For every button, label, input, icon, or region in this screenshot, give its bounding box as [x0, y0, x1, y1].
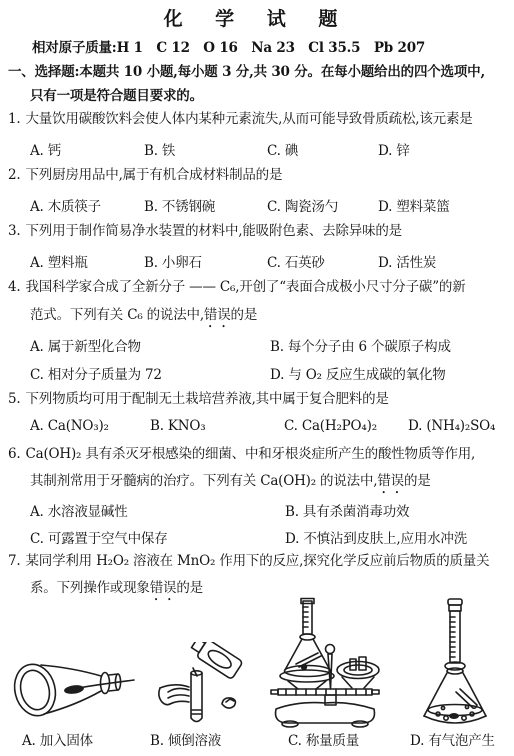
q2-option-b: B. 不锈钢碗: [144, 195, 267, 215]
question-2-stem: 2.下列厨房用品中,属于有机合成材料制品的是: [8, 167, 282, 184]
question-2-number: 2.: [8, 167, 20, 184]
hand-pouring-bottle-icon: [142, 642, 254, 727]
question-1-text: 大量饮用碳酸饮料会使人体内某种元素流失,从而可能导致骨质疏松,该元素是: [25, 111, 472, 127]
q1-option-b: B. 铁: [144, 139, 267, 159]
q1-option-d: D. 锌: [378, 139, 508, 159]
question-4-text-2: 范式。下列有关 C₆ 的说法中,: [30, 307, 204, 323]
question-5-text: 下列物质均可用于配制无土栽培营养液,其中属于复合肥料的是: [25, 391, 388, 407]
question-6-number: 6.: [8, 446, 20, 463]
question-6-text-2: 其制剂常用于牙髓病的治疗。下列有关 Ca(OH)₂ 的说法中,: [30, 473, 377, 489]
question-3-text: 下列用于制作简易净水装置的材料中,能吸附色素、去除异味的是: [25, 223, 402, 239]
question-2-options: A. 木质筷子 B. 不锈钢碗 C. 陶瓷汤勺 D. 塑料菜篮: [30, 195, 508, 215]
question-3-stem: 3.下列用于制作简易净水装置的材料中,能吸附色素、去除异味的是: [8, 223, 402, 240]
question-6-emphasized-word: 错误: [377, 473, 404, 489]
tilted-flask-with-spatula-icon: [8, 640, 138, 725]
exam-paper-page: 化 学 试 题 相对原子质量:H 1 C 12 O 16 Na 23 Cl 35…: [0, 0, 514, 756]
question-7-stem-line-1: 7.某同学利用 H₂O₂ 溶液在 MnO₂ 作用下的反应,探究化学反应前后物质的…: [8, 553, 489, 570]
q3-option-d: D. 活性炭: [378, 251, 508, 271]
question-6-stem-line-1: 6.Ca(OH)₂ 具有杀灭牙根感染的细菌、中和牙根炎症所产生的酸性物质等作用,: [8, 446, 475, 463]
question-4-stem-line-1: 4.我国科学家合成了全新分子 —— C₆,开创了“表面合成极小尺寸分子碳”的新: [8, 279, 466, 296]
question-4-number: 4.: [8, 279, 20, 296]
question-1-number: 1.: [8, 111, 20, 128]
pour-solution-figure: [142, 642, 254, 727]
question-4-options-row-1: A. 属于新型化合物 B. 每个分子由 6 个碳原子构成: [30, 335, 508, 355]
question-7-number: 7.: [8, 553, 20, 570]
q6-option-a: A. 水溶液显碱性: [30, 500, 285, 520]
balance-scale-icon: [266, 597, 384, 730]
question-7-text-2: 系。下列操作或现象: [30, 580, 150, 596]
q4-option-c: C. 相对分子质量为 72: [30, 363, 270, 383]
q6-option-d: D. 不慎沾到皮肤上,应用水冲洗: [285, 527, 508, 547]
question-4-stem-line-2: 范式。下列有关 C₆ 的说法中,错误的是: [30, 307, 257, 331]
question-5-number: 5.: [8, 391, 20, 408]
question-1-stem: 1.大量饮用碳酸饮料会使人体内某种元素流失,从而可能导致骨质疏松,该元素是: [8, 111, 473, 128]
question-4-emphasized-word: 错误: [204, 307, 231, 323]
q3-option-a: A. 塑料瓶: [30, 251, 144, 271]
question-6-stem-line-2: 其制剂常用于牙髓病的治疗。下列有关 Ca(OH)₂ 的说法中,错误的是: [30, 473, 431, 497]
q6-option-b: B. 具有杀菌消毒功效: [285, 500, 508, 520]
question-7-emphasized-word: 错误: [150, 580, 177, 596]
q3-option-b: B. 小卵石: [144, 251, 267, 271]
question-4-text-1: 我国科学家合成了全新分子 —— C₆,开创了“表面合成极小尺寸分子碳”的新: [25, 279, 465, 295]
section-intro-line-2: 只有一项是符合题目要求的。: [30, 88, 203, 105]
figure-b-label: B. 倾倒溶液: [150, 729, 221, 749]
q1-option-c: C. 碘: [267, 139, 378, 159]
q4-option-b: B. 每个分子由 6 个碳原子构成: [270, 335, 508, 355]
question-4-text-3: 的是: [231, 307, 258, 323]
question-6-options-row-1: A. 水溶液显碱性 B. 具有杀菌消毒功效: [30, 500, 508, 520]
relative-atomic-mass-line: 相对原子质量:H 1 C 12 O 16 Na 23 Cl 35.5 Pb 20…: [32, 40, 425, 57]
question-5-options: A. Ca(NO₃)₂ B. KNO₃ C. Ca(H₂PO₄)₂ D. (NH…: [30, 418, 508, 434]
question-6-text-1: Ca(OH)₂ 具有杀灭牙根感染的细菌、中和牙根炎症所产生的酸性物质等作用,: [25, 446, 475, 462]
q4-option-d: D. 与 O₂ 反应生成碳的氧化物: [270, 363, 508, 383]
question-3-options: A. 塑料瓶 B. 小卵石 C. 石英砂 D. 活性炭: [30, 251, 508, 271]
q5-option-d: D. (NH₄)₂SO₄: [408, 418, 508, 434]
figure-c-label: C. 称量质量: [288, 729, 359, 749]
flask-with-bubbles-icon: [408, 597, 508, 730]
gas-bubbles-figure: [408, 597, 508, 730]
q3-option-c: C. 石英砂: [267, 251, 378, 271]
question-7-text-1: 某同学利用 H₂O₂ 溶液在 MnO₂ 作用下的反应,探究化学反应前后物质的质量…: [25, 553, 489, 569]
section-intro-line-1: 一、选择题:本题共 10 小题,每小题 3 分,共 30 分。在每小题给出的四个…: [8, 64, 485, 81]
question-2-text: 下列厨房用品中,属于有机合成材料制品的是: [25, 167, 282, 183]
question-6-text-3: 的是: [404, 473, 431, 489]
q2-option-d: D. 塑料菜篮: [378, 195, 508, 215]
q5-option-a: A. Ca(NO₃)₂: [30, 418, 150, 434]
figure-d-label: D. 有气泡产生: [410, 729, 495, 749]
question-1-options: A. 钙 B. 铁 C. 碘 D. 锌: [30, 139, 508, 159]
figure-a-label: A. 加入固体: [22, 729, 93, 749]
question-7-stem-line-2: 系。下列操作或现象错误的是: [30, 580, 203, 604]
q1-option-a: A. 钙: [30, 139, 144, 159]
question-4-options-row-2: C. 相对分子质量为 72 D. 与 O₂ 反应生成碳的氧化物: [30, 363, 508, 383]
q2-option-c: C. 陶瓷汤勺: [267, 195, 378, 215]
q5-option-b: B. KNO₃: [150, 418, 284, 434]
weigh-mass-figure: [266, 597, 384, 730]
page-title: 化 学 试 题: [0, 8, 514, 32]
add-solid-figure: [8, 640, 138, 725]
q5-option-c: C. Ca(H₂PO₄)₂: [284, 418, 408, 434]
question-7-text-3: 的是: [176, 580, 203, 596]
question-5-stem: 5.下列物质均可用于配制无土栽培营养液,其中属于复合肥料的是: [8, 391, 389, 408]
q2-option-a: A. 木质筷子: [30, 195, 144, 215]
question-6-options-row-2: C. 可露置于空气中保存 D. 不慎沾到皮肤上,应用水冲洗: [30, 527, 508, 547]
question-3-number: 3.: [8, 223, 20, 240]
q4-option-a: A. 属于新型化合物: [30, 335, 270, 355]
q6-option-c: C. 可露置于空气中保存: [30, 527, 285, 547]
